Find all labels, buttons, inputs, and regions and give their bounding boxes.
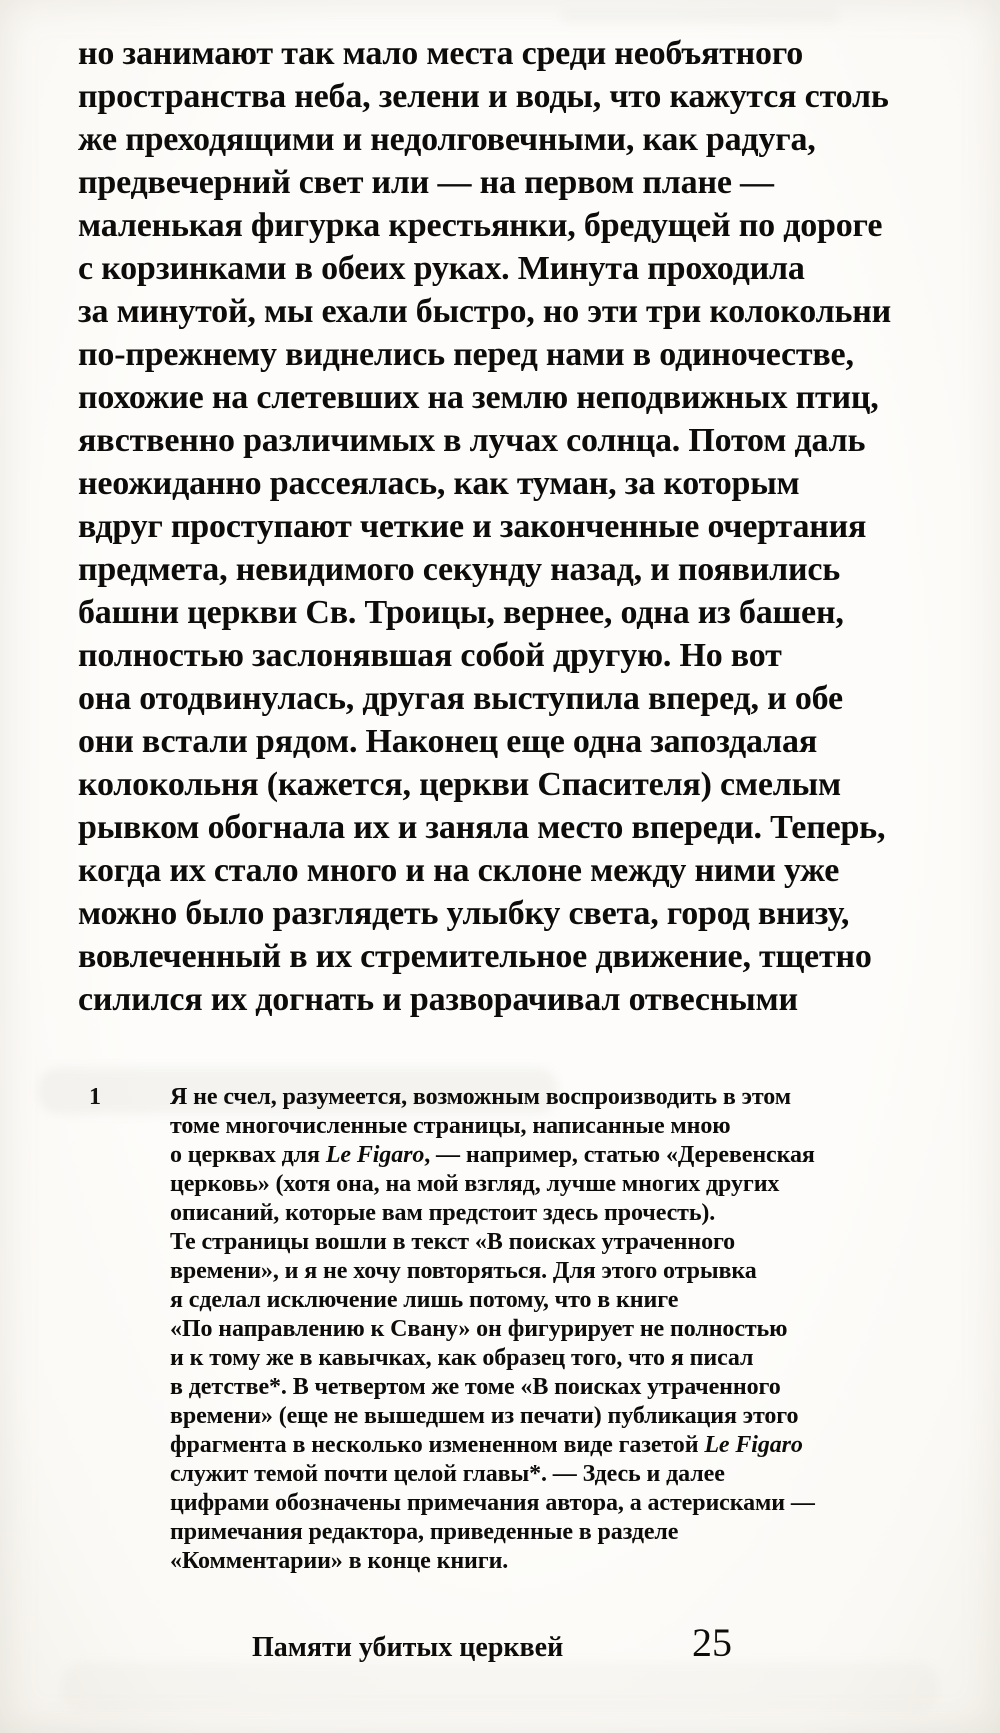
book-page: но занимают так мало места среди необъят… [0,0,1000,1733]
footnote-line: о церквах для Le Figaro, — например, ста… [170,1141,910,1170]
footnote-marker: 1 [89,1083,101,1112]
body-line: рывком обогнала их и заняла место вперед… [78,806,978,849]
body-line: колокольня (кажется, церкви Спасителя) с… [78,763,978,806]
body-line: неожиданно рассеялась, как туман, за кот… [78,462,978,505]
footnote-line: Я не счел, разумеется, возможным воспрои… [170,1083,910,1112]
footnote-line: «Комментарии» в конце книги. [170,1547,910,1576]
body-line: она отодвинулась, другая выступила впере… [78,677,978,720]
page-number: 25 [692,1619,732,1666]
running-title: Памяти убитых церквей [252,1632,563,1664]
footnote-line: томе многочисленные страницы, написанные… [170,1112,910,1141]
footnote-line: описаний, которые вам предстоит здесь пр… [170,1199,910,1228]
scan-noise [560,8,840,24]
footnote-line: примечания редактора, приведенные в разд… [170,1518,910,1547]
footnote-text-block: Я не счел, разумеется, возможным воспрои… [170,1083,910,1576]
body-line: но занимают так мало места среди необъят… [78,32,978,75]
body-line: предвечерний свет или — на первом плане … [78,161,978,204]
footnote-line: времени», и я не хочу повторяться. Для э… [170,1257,910,1286]
footnote-line: времени» (еще не вышедшем из печати) пуб… [170,1402,910,1431]
body-line: маленькая фигурка крестьянки, бредущей п… [78,204,978,247]
body-line: они встали рядом. Наконец еще одна запоз… [78,720,978,763]
body-line: предмета, невидимого секунду назад, и по… [78,548,978,591]
body-line: вовлеченный в их стремительное движение,… [78,935,978,978]
body-line: можно было разглядеть улыбку света, горо… [78,892,978,935]
body-line: когда их стало много и на склоне между н… [78,849,978,892]
body-line: силился их догнать и разворачивал отвесн… [78,978,978,1021]
body-line: же преходящими и недолговечными, как рад… [78,118,978,161]
body-line: вдруг проступают четкие и законченные оч… [78,505,978,548]
body-line: с корзинками в обеих руках. Минута прохо… [78,247,978,290]
footnote-line: служит темой почти целой главы*. — Здесь… [170,1460,910,1489]
scan-noise [60,1662,940,1712]
footnote-line: и к тому же в кавычках, как образец того… [170,1344,910,1373]
footnote-line: фрагмента в несколько измененном виде га… [170,1431,910,1460]
body-line: явственно различимых в лучах солнца. Пот… [78,419,978,462]
body-line: похожие на слетевших на землю неподвижны… [78,376,978,419]
footnote-line: церковь» (хотя она, на мой взгляд, лучше… [170,1170,910,1199]
body-line: за минутой, мы ехали быстро, но эти три … [78,290,978,333]
body-line: пространства неба, зелени и воды, что ка… [78,75,978,118]
body-line: башни церкви Св. Троицы, вернее, одна из… [78,591,978,634]
footnote-line: цифрами обозначены примечания автора, а … [170,1489,910,1518]
body-line: полностью заслонявшая собой другую. Но в… [78,634,978,677]
footnote-line: Те страницы вошли в текст «В поисках утр… [170,1228,910,1257]
body-line: по-прежнему виднелись перед нами в одино… [78,333,978,376]
footnote-line: «По направлению к Свану» он фигурирует н… [170,1315,910,1344]
footnote-line: я сделал исключение лишь потому, что в к… [170,1286,910,1315]
footnote-line: в детстве*. В четвертом же томе «В поиск… [170,1373,910,1402]
main-text-block: но занимают так мало места среди необъят… [78,32,978,1021]
